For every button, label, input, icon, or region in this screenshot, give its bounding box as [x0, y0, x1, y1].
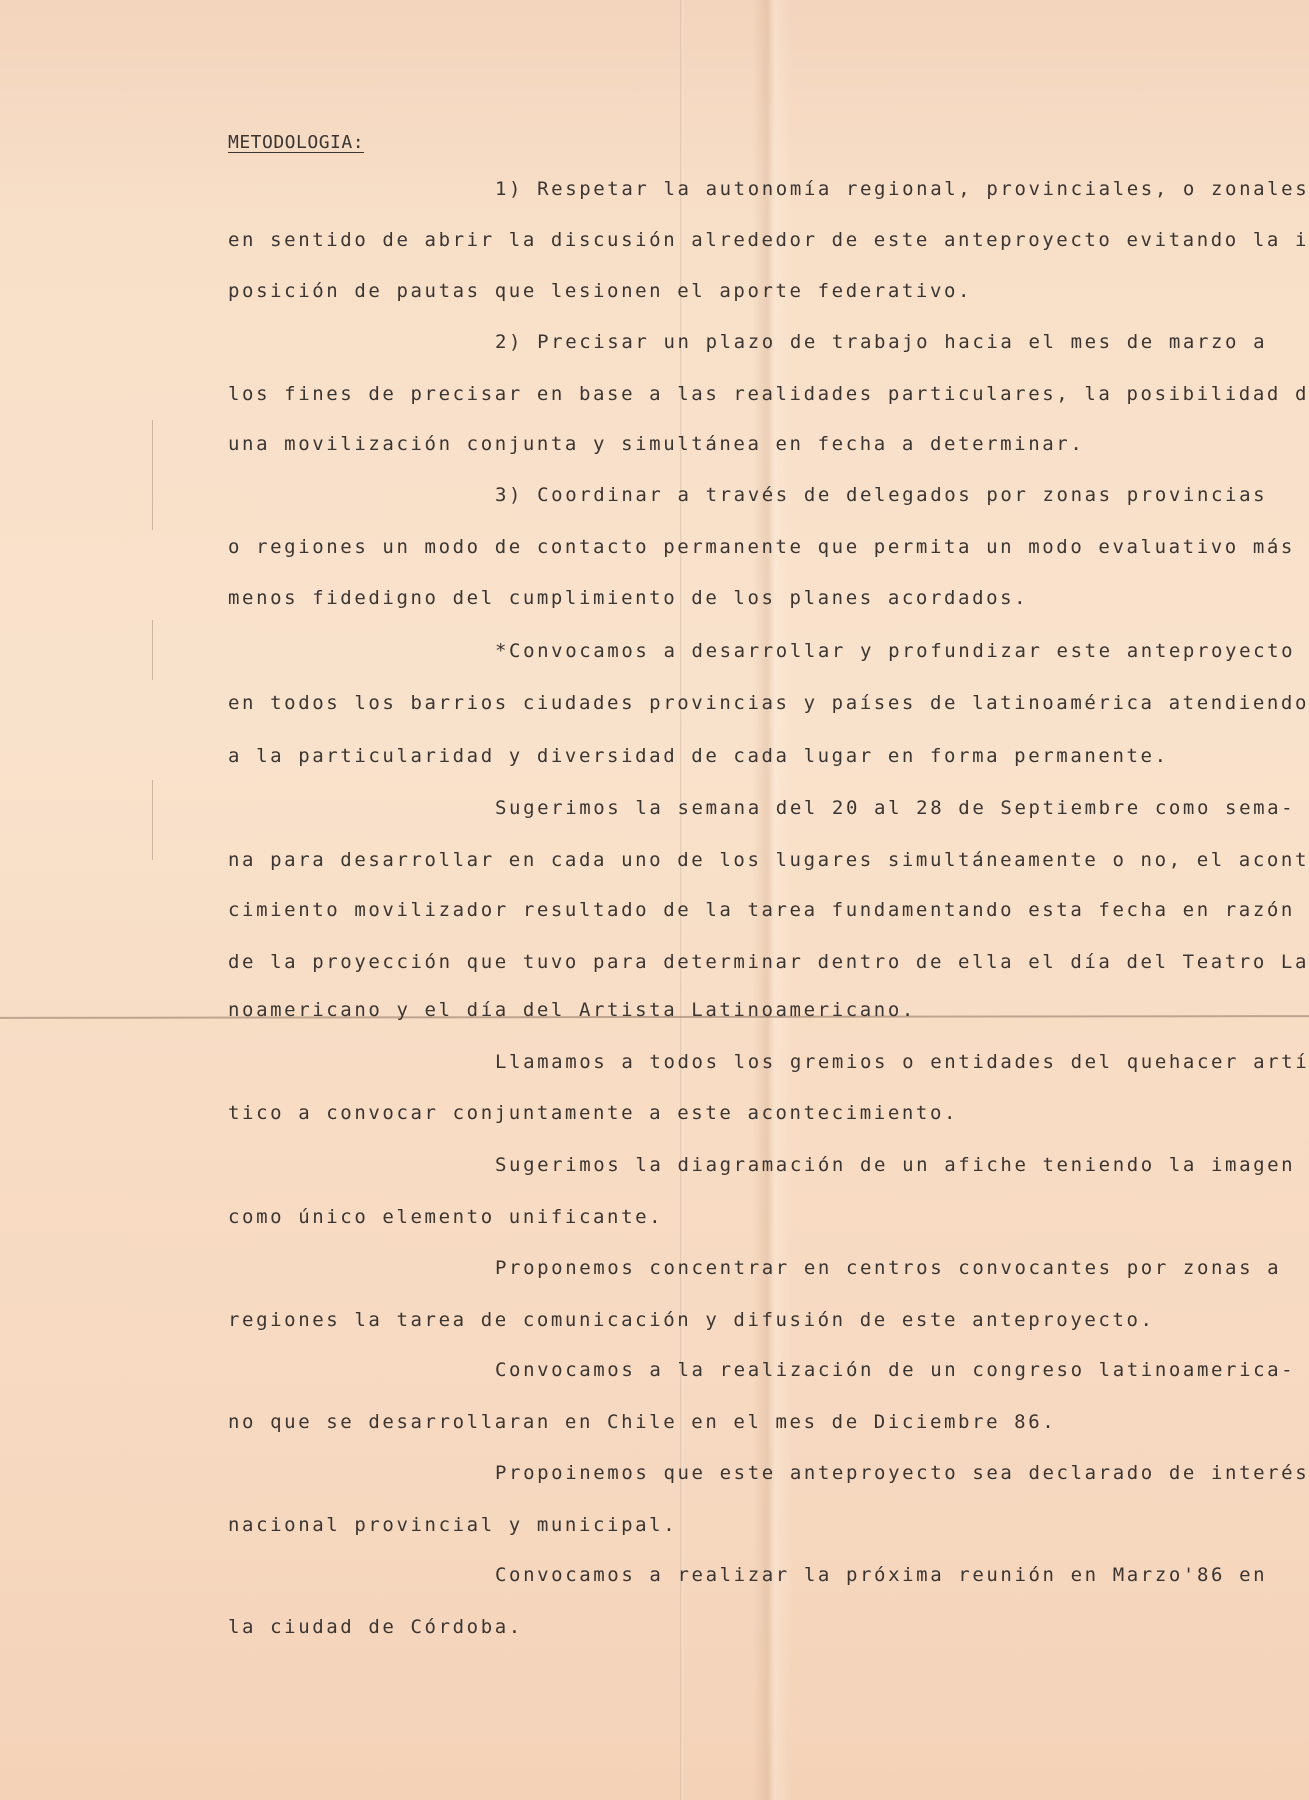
margin-mark: [152, 780, 153, 860]
text-line: en todos los barrios ciudades provincias…: [228, 692, 1309, 714]
text-line: no que se desarrollaran en Chile en el m…: [228, 1411, 1056, 1433]
text-line: regiones la tarea de comunicación y difu…: [228, 1309, 1155, 1331]
paragraph-start-line: Sugerimos la diagramación de un afiche t…: [495, 1154, 1295, 1176]
paragraph-start-line: Llamamos a todos los gremios o entidades…: [495, 1051, 1309, 1073]
paragraph-start-line: Convocamos a la realización de un congre…: [495, 1359, 1295, 1381]
paragraph-start-line: 1) Respetar la autonomía regional, provi…: [495, 178, 1309, 200]
margin-mark: [152, 620, 153, 680]
paragraph-start-line: Propoinemos que este anteproyecto sea de…: [495, 1462, 1309, 1484]
text-line: menos fidedigno del cumplimiento de los …: [228, 587, 1028, 609]
paragraph-start-line: Convocamos a realizar la próxima reunión…: [495, 1564, 1267, 1586]
paragraph-start-line: Proponemos concentrar en centros convoca…: [495, 1257, 1281, 1279]
text-line: o regiones un modo de contacto permanent…: [228, 536, 1309, 558]
text-line: como único elemento unificante.: [228, 1206, 663, 1228]
text-line: de la proyección que tuvo para determina…: [228, 951, 1309, 973]
text-line: en sentido de abrir la discusión alreded…: [228, 229, 1309, 251]
text-line: cimiento movilizador resultado de la tar…: [228, 899, 1295, 921]
text-line: tico a convocar conjuntamente a este aco…: [228, 1102, 958, 1124]
text-line: nacional provincial y municipal.: [228, 1514, 677, 1536]
text-line: posición de pautas que lesionen el aport…: [228, 280, 972, 302]
paragraph-start-line: Sugerimos la semana del 20 al 28 de Sept…: [495, 797, 1295, 819]
text-line: los fines de precisar en base a las real…: [228, 383, 1309, 405]
section-heading: METODOLOGIA:: [228, 132, 364, 153]
text-line: a la particularidad y diversidad de cada…: [228, 745, 1169, 767]
text-line: una movilización conjunta y simultánea e…: [228, 433, 1084, 455]
text-line: la ciudad de Córdoba.: [228, 1616, 523, 1638]
text-line: na para desarrollar en cada uno de los l…: [228, 849, 1309, 871]
margin-mark: [152, 420, 153, 530]
paragraph-start-line: *Convocamos a desarrollar y profundizar …: [495, 640, 1295, 662]
paragraph-start-line: 2) Precisar un plazo de trabajo hacia el…: [495, 331, 1267, 353]
paragraph-start-line: 3) Coordinar a través de delegados por z…: [495, 484, 1267, 506]
text-line: noamericano y el día del Artista Latinoa…: [228, 999, 916, 1021]
